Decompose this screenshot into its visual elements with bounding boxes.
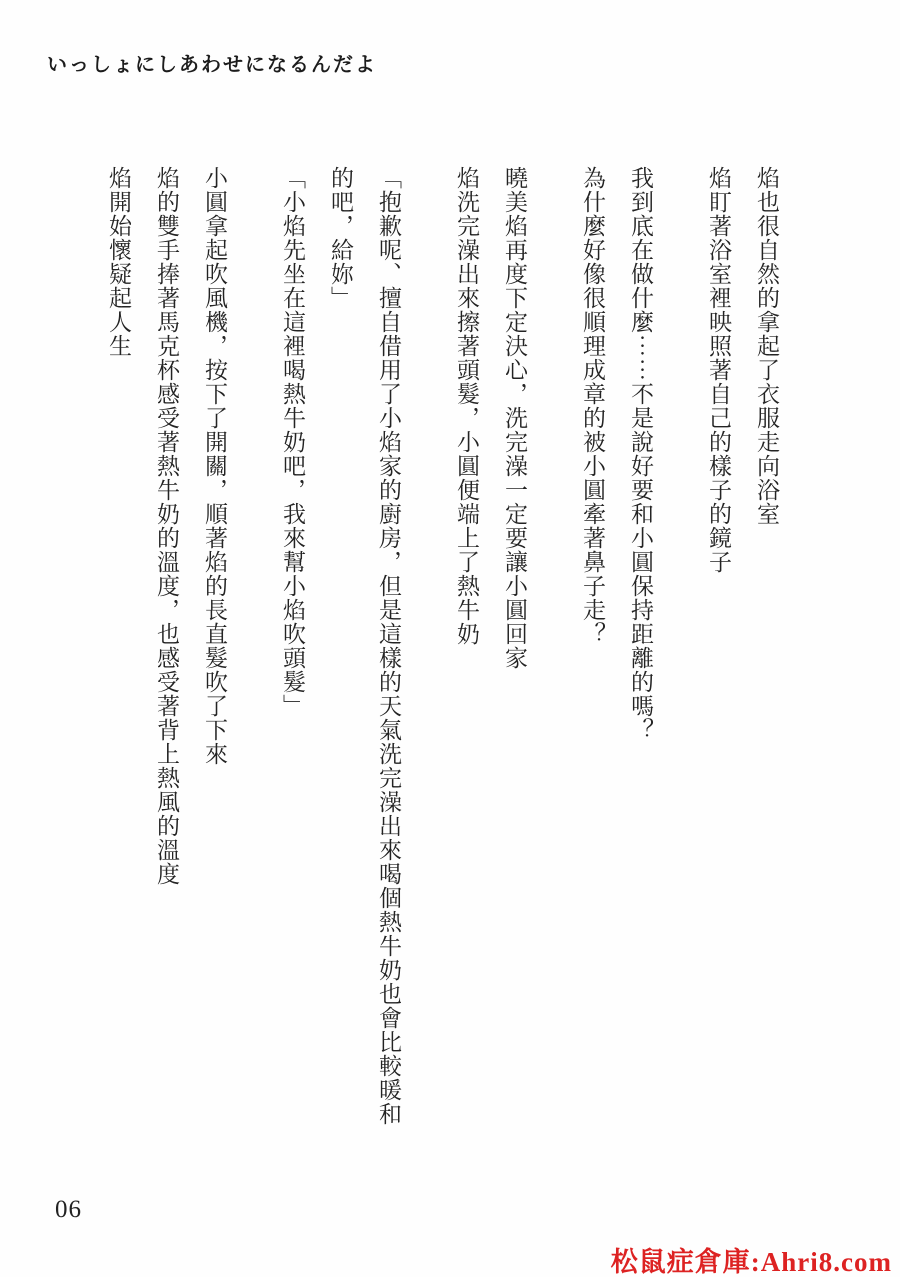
paragraph: 焰也很自然的拿起了衣服走向浴室 [742,166,790,1138]
page-number: 06 [55,1196,82,1224]
paragraph: 小圓拿起吹風機，按下了開關，順著焰的長直髮吹了下來 [190,166,238,1138]
paragraph: 「小焰先坐在這裡喝熱牛奶吧，我來幫小焰吹頭髮」 [268,166,316,1138]
paragraph: 焰的雙手捧著馬克杯感受著熱牛奶的溫度，也感受著背上熱風的溫度 [142,166,190,1138]
page-header-title: いっしょにしあわせになるんだよ [47,48,377,77]
paragraph: 為什麼好像很順理成章的被小圓牽著鼻子走？ [568,166,616,1138]
watermark: 松鼠症倉庫:Ahri8.com [611,1240,892,1277]
paragraph: 焰開始懷疑起人生 [94,166,142,1138]
paragraph: 曉美焰再度下定決心，洗完澡一定要讓小圓回家 [490,166,538,1138]
paragraph: 焰洗完澡出來擦著頭髮，小圓便端上了熱牛奶 [442,166,490,1138]
paragraph: 焰盯著浴室裡映照著自己的樣子的鏡子 [694,166,742,1138]
paragraph: 我到底在做什麼⋯⋯不是說好要和小圓保持距離的嗎？ [616,166,664,1138]
vertical-text-body: 焰也很自然的拿起了衣服走向浴室焰盯著浴室裡映照著自己的樣子的鏡子我到底在做什麼⋯… [94,166,790,1138]
document-page: いっしょにしあわせになるんだよ 焰也很自然的拿起了衣服走向浴室焰盯著浴室裡映照著… [0,0,900,1277]
paragraph: 「抱歉呢、擅自借用了小焰家的廚房，但是這樣的天氣洗完澡出來喝個熱牛奶也會比較暖和… [316,166,412,1138]
